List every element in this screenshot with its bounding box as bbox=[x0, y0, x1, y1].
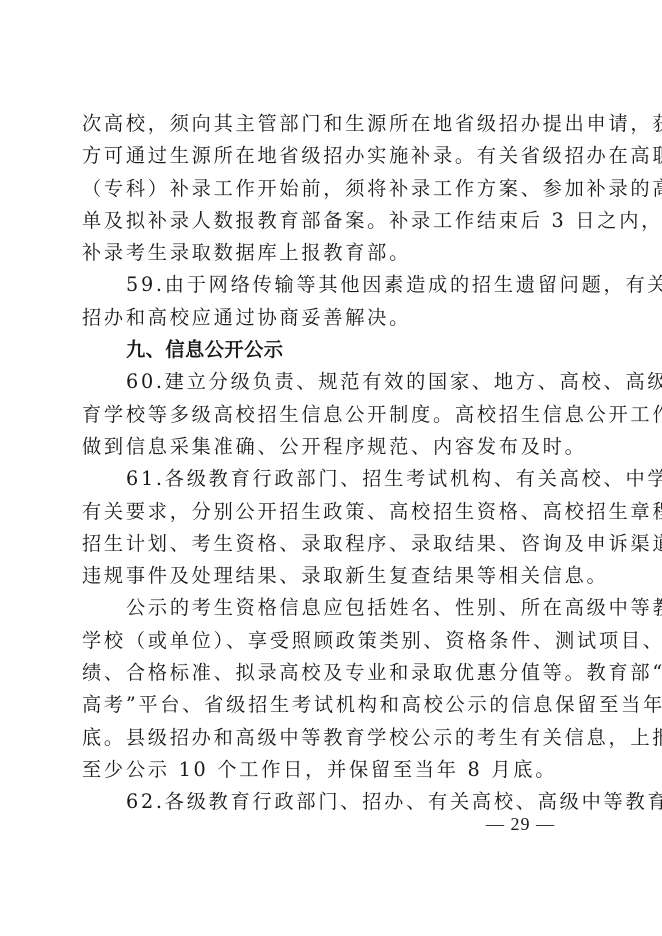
text-line: 育学校等多级高校招生信息公开制度。高校招生信息公开工作要 bbox=[82, 399, 568, 431]
paragraph-disclosure-start: 公示的考生资格信息应包括姓名、性别、所在高级中等教育 bbox=[82, 592, 568, 624]
text-line: 单及拟补录人数报教育部备案。补录工作结束后 3 日之内，须将 bbox=[82, 205, 568, 237]
paragraph-59-start: 59.由于网络传输等其他因素造成的招生遗留问题，有关省级 bbox=[82, 269, 568, 301]
text-line: 学校（或单位）、享受照顾政策类别、资格条件、测试项目、测试成 bbox=[82, 625, 568, 657]
text-line: 底。县级招办和高级中等教育学校公示的考生有关信息，上报前 bbox=[82, 722, 568, 754]
section-heading: 九、信息公开公示 bbox=[82, 334, 568, 366]
text-line: 招生计划、考生资格、录取程序、录取结果、咨询及申诉渠道、重大 bbox=[82, 528, 568, 560]
text-line: 违规事件及处理结果、录取新生复查结果等相关信息。 bbox=[82, 560, 568, 592]
text-line: 补录考生录取数据库上报教育部。 bbox=[82, 237, 568, 269]
page-number: — 29 — bbox=[486, 814, 555, 835]
document-page: 次高校，须向其主管部门和生源所在地省级招办提出申请，获准后 方可通过生源所在地省… bbox=[82, 108, 568, 819]
paragraph-60-start: 60.建立分级负责、规范有效的国家、地方、高校、高级中等教 bbox=[82, 366, 568, 398]
text-line: 绩、合格标准、拟录高校及专业和录取优惠分值等。教育部“阳光 bbox=[82, 657, 568, 689]
text-line: 做到信息采集准确、公开程序规范、内容发布及时。 bbox=[82, 431, 568, 463]
text-line: 招办和高校应通过协商妥善解决。 bbox=[82, 302, 568, 334]
text-line: （专科）补录工作开始前，须将补录工作方案、参加补录的高校名 bbox=[82, 173, 568, 205]
text-line: 方可通过生源所在地省级招办实施补录。有关省级招办在高职 bbox=[82, 140, 568, 172]
text-line: 有关要求，分别公开招生政策、高校招生资格、高校招生章程、高校 bbox=[82, 496, 568, 528]
text-line: 高考”平台、省级招生考试机构和高校公示的信息保留至当年年 bbox=[82, 689, 568, 721]
paragraph-61-start: 61.各级教育行政部门、招生考试机构、有关高校、中学应按照 bbox=[82, 463, 568, 495]
text-line: 次高校，须向其主管部门和生源所在地省级招办提出申请，获准后 bbox=[82, 108, 568, 140]
text-line: 至少公示 10 个工作日，并保留至当年 8 月底。 bbox=[82, 754, 568, 786]
